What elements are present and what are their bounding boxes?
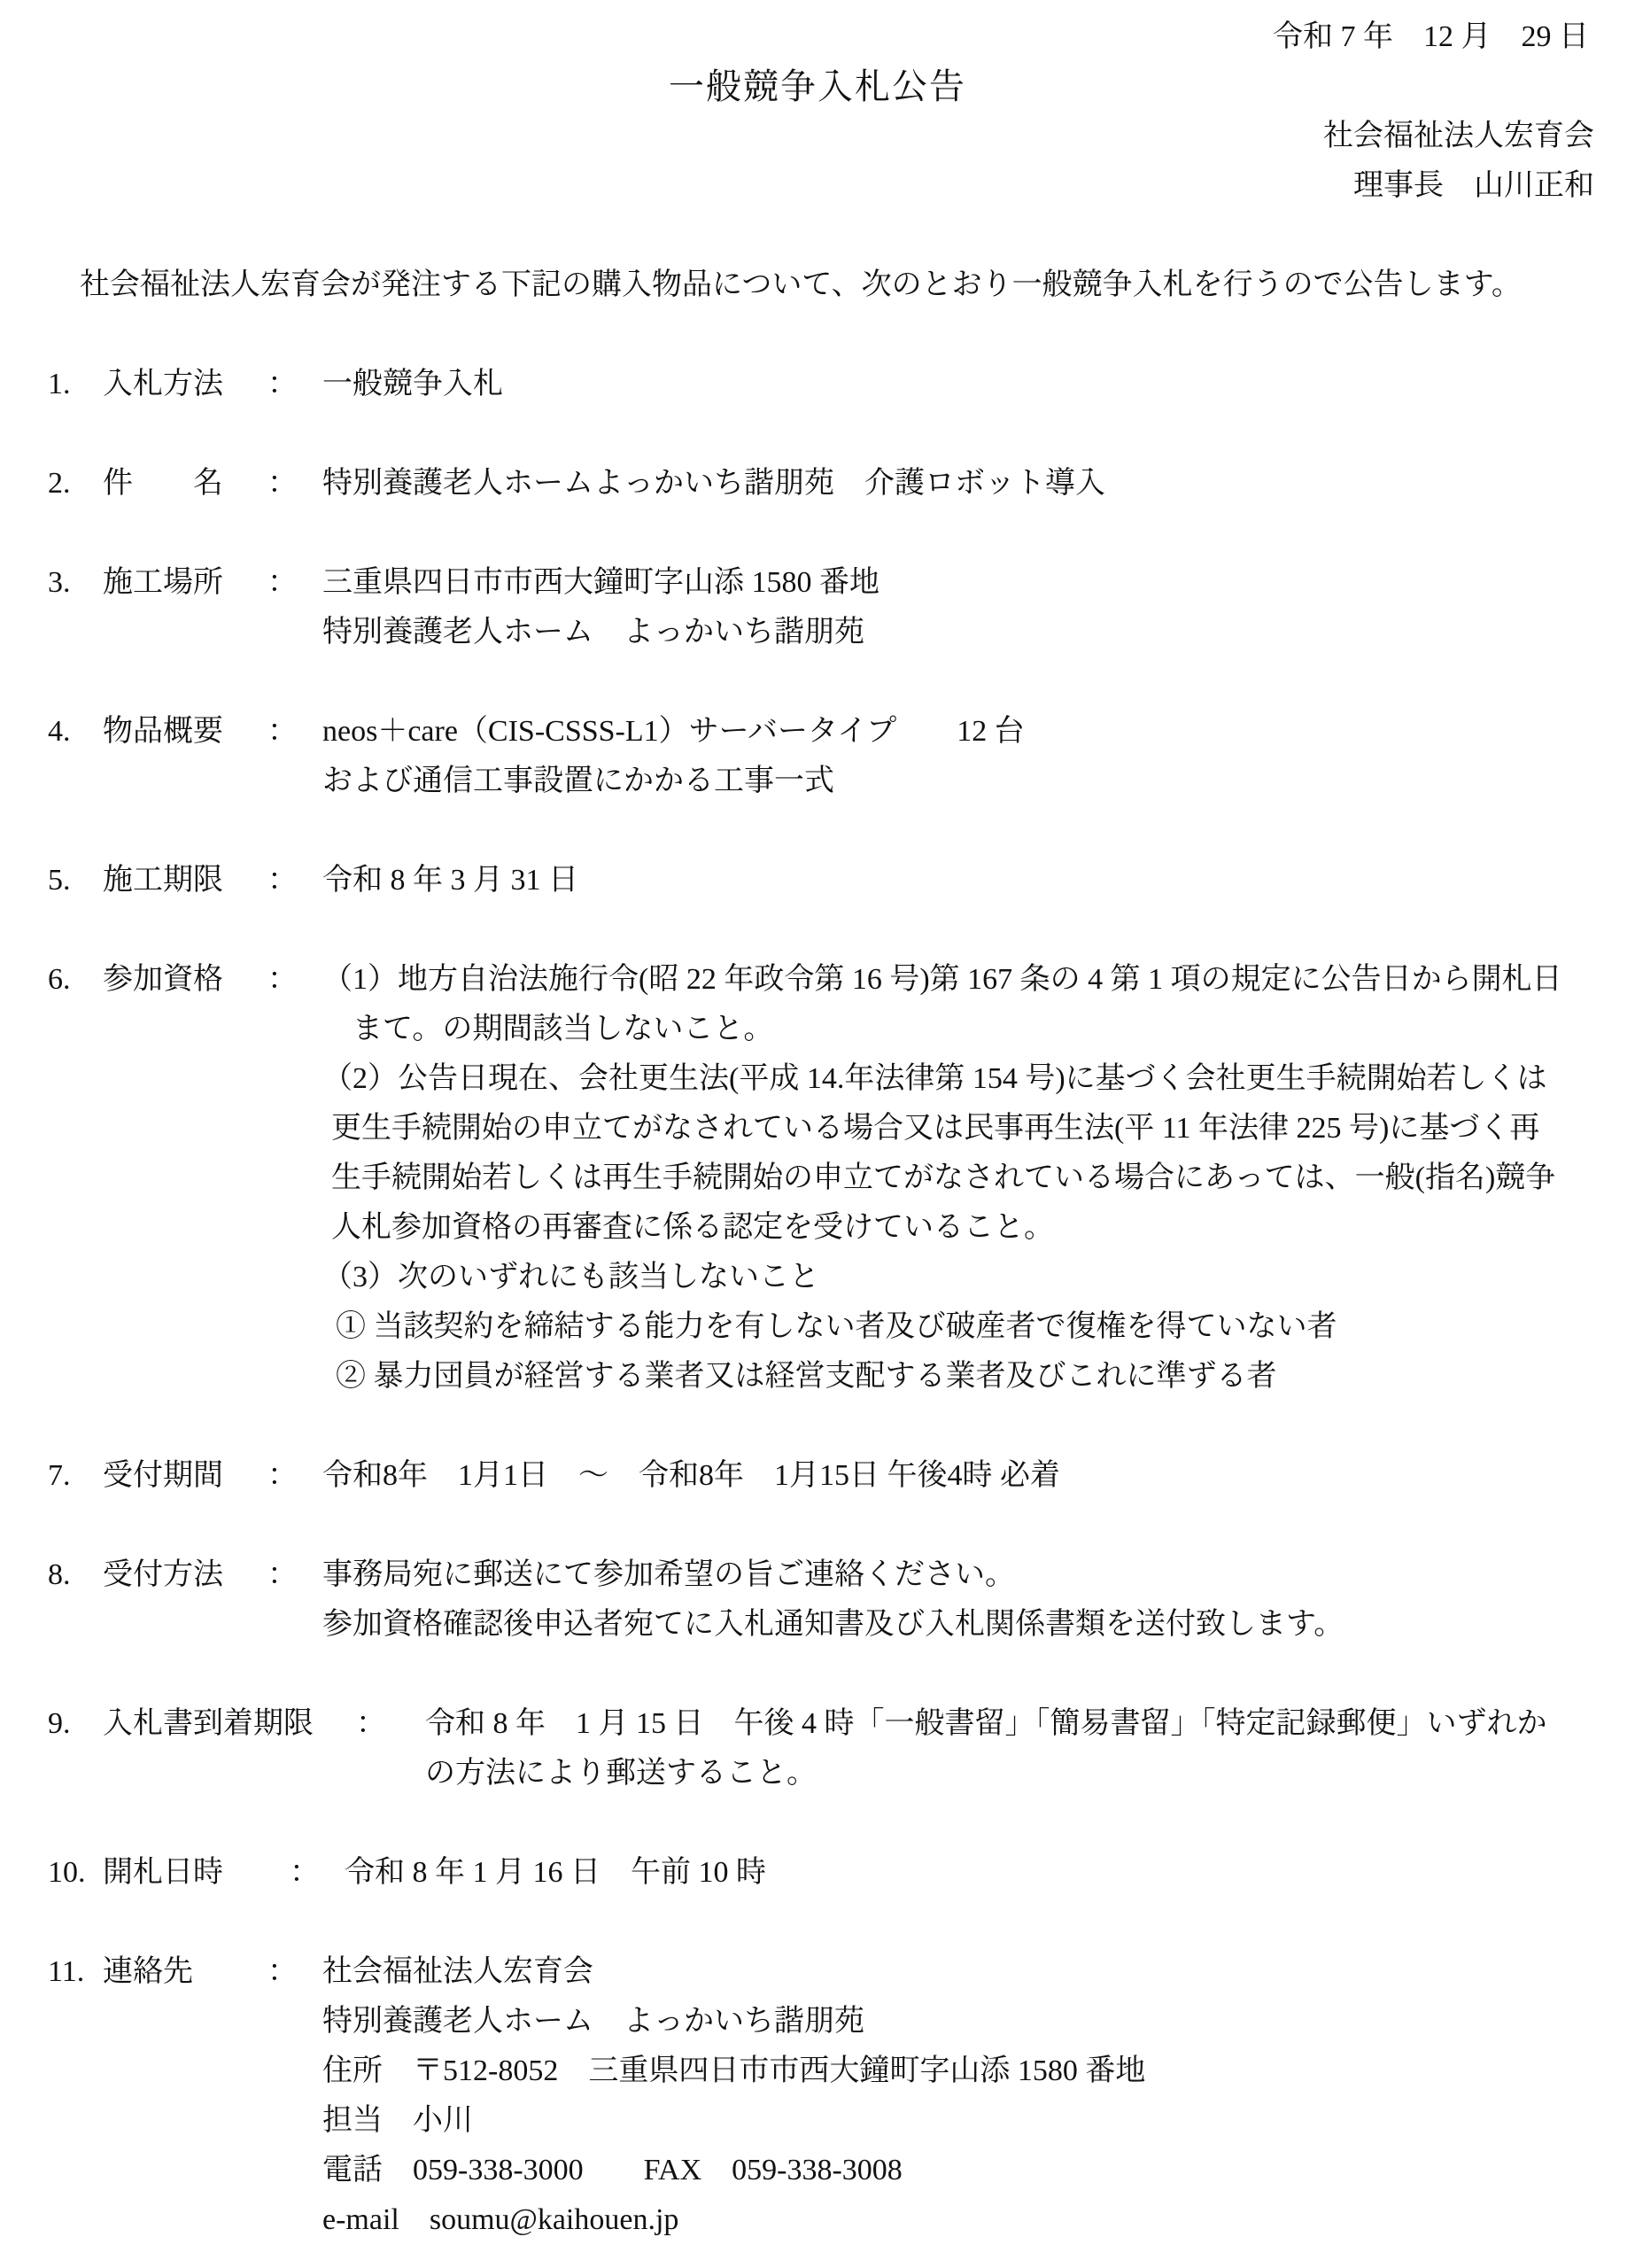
item-value: 令和 8 年 1 月 15 日 午後 4 時「一般書留」「簡易書留」「特定記録郵… (425, 1699, 1635, 1798)
item-value-line: 三重県四日市市西大鐘町字山添 1580 番地 (322, 558, 1635, 608)
item-number: 4. (48, 707, 103, 757)
item-bid-method: 1. 入札方法 ： 一般競争入札 (0, 360, 1635, 409)
item-value: 一般競争入札 (322, 360, 1635, 409)
item-label: 入札方法 (103, 360, 267, 409)
item-number: 8. (48, 1550, 103, 1600)
qualification-clause-2-cont: 人札参加資格の再審査に係る認定を受けていること。 (322, 1203, 1635, 1253)
item-value: 令和 8 年 1 月 16 日 午前 10 時 (345, 1848, 1635, 1898)
qualification-clause-2-cont: 更生手続開始の申立てがなされている場合又は民事再生法(平 11 年法律 225 … (322, 1104, 1635, 1153)
contact-phone-fax: 電話 059-338-3000 FAX 059-338-3008 (322, 2146, 1635, 2195)
item-project-name: 2. 件 名 ： 特別養護老人ホームよっかいち諧朋苑 介護ロボット導入 (0, 459, 1635, 509)
item-colon: ： (267, 459, 322, 509)
item-construction-site: 3. 施工場所 ： 三重県四日市市西大鐘町字山添 1580 番地 特別養護老人ホ… (0, 558, 1635, 657)
item-number: 10. (48, 1848, 103, 1898)
item-value-line: および通信工事設置にかかる工事一式 (322, 757, 1635, 806)
item-value: 特別養護老人ホームよっかいち諧朋苑 介護ロボット導入 (322, 459, 1635, 509)
item-label: 参加資格 (103, 955, 267, 1005)
item-colon: ： (290, 1848, 345, 1898)
item-label: 開札日時 (103, 1848, 290, 1898)
item-value-line: 特別養護老人ホームよっかいち諧朋苑 介護ロボット導入 (322, 459, 1635, 509)
qualification-clause-3: （3）次のいずれにも該当しないこと (322, 1253, 1635, 1302)
item-label: 物品概要 (103, 707, 267, 757)
item-label: 受付方法 (103, 1550, 267, 1600)
item-number: 7. (48, 1451, 103, 1501)
item-value-line: 特別養護老人ホーム よっかいち諧朋苑 (322, 608, 1635, 657)
item-colon: ： (267, 955, 322, 1005)
item-label: 連絡先 (103, 1947, 267, 1997)
item-colon: ： (356, 1699, 425, 1749)
item-label: 施工場所 (103, 558, 267, 608)
item-goods-summary: 4. 物品概要 ： neos＋care（CIS-CSSS-L1）サーバータイプ … (0, 707, 1635, 806)
contact-address: 住所 〒512-8052 三重県四日市市西大鐘町字山添 1580 番地 (322, 2047, 1635, 2096)
item-number: 6. (48, 955, 103, 1005)
item-acceptance-period: 7. 受付期間 ： 令和8年 1月1日 ～ 令和8年 1月15日 午後4時 必着 (0, 1451, 1635, 1501)
item-value: 三重県四日市市西大鐘町字山添 1580 番地 特別養護老人ホーム よっかいち諧朋… (322, 558, 1635, 657)
document-date: 令和 7 年 12 月 29 日 (0, 12, 1635, 62)
representative-name: 理事長 山川正和 (0, 161, 1635, 211)
item-number: 11. (48, 1947, 103, 1997)
page-title: 一般競争入札公告 (0, 62, 1635, 112)
qualification-clause-3-sub-2: ② 暴力団員が経営する業者又は経営支配する業者及びこれに準ずる者 (322, 1352, 1635, 1402)
item-number: 5. (48, 856, 103, 905)
contact-email: e-mail soumu@kaihouen.jp (322, 2195, 1635, 2245)
qualification-clause-1-cont: まて。の期間該当しないこと。 (322, 1005, 1635, 1054)
item-bid-opening: 10. 開札日時 ： 令和 8 年 1 月 16 日 午前 10 時 (0, 1848, 1635, 1898)
item-value-line: 一般競争入札 (322, 360, 1635, 409)
item-colon: ： (267, 856, 322, 905)
qualification-clause-2: （2）公告日現在、会社更生法(平成 14.年法律第 154 号)に基づく会社更生… (322, 1054, 1635, 1104)
item-contact: 11. 連絡先 ： 社会福祉法人宏育会 特別養護老人ホーム よっかいち諧朋苑 住… (0, 1947, 1635, 2245)
qualification-clause-1: （1）地方自治法施行令(昭 22 年政令第 16 号)第 167 条の 4 第 … (322, 955, 1635, 1005)
item-value-line: neos＋care（CIS-CSSS-L1）サーバータイプ 12 台 (322, 707, 1635, 757)
item-colon: ： (267, 1451, 322, 1501)
item-construction-deadline: 5. 施工期限 ： 令和 8 年 3 月 31 日 (0, 856, 1635, 905)
item-acceptance-method: 8. 受付方法 ： 事務局宛に郵送にて参加希望の旨ご連絡ください。 参加資格確認… (0, 1550, 1635, 1650)
bid-notice-document: 令和 7 年 12 月 29 日 一般競争入札公告 社会福祉法人宏育会 理事長 … (0, 0, 1635, 2245)
item-value-line: 令和 8 年 3 月 31 日 (322, 856, 1635, 905)
contact-facility: 特別養護老人ホーム よっかいち諧朋苑 (322, 1997, 1635, 2047)
organization-name: 社会福祉法人宏育会 (0, 112, 1635, 161)
contact-organization: 社会福祉法人宏育会 (322, 1947, 1635, 1997)
intro-paragraph: 社会福祉法人宏育会が発注する下記の購入物品について、次のとおり一般競争入札を行う… (0, 260, 1635, 310)
item-colon: ： (267, 1550, 322, 1600)
item-colon: ： (267, 1947, 322, 1997)
item-value: 令和 8 年 3 月 31 日 (322, 856, 1635, 905)
item-value: neos＋care（CIS-CSSS-L1）サーバータイプ 12 台 および通信… (322, 707, 1635, 806)
item-value-line: 令和 8 年 1 月 15 日 午後 4 時「一般書留」「簡易書留」「特定記録郵… (425, 1699, 1635, 1749)
item-number: 2. (48, 459, 103, 509)
item-label: 入札書到着期限 (103, 1699, 356, 1749)
qualification-clause-3-sub-1: ① 当該契約を締結する能力を有しない者及び破産者で復権を得ていない者 (322, 1302, 1635, 1352)
item-colon: ： (267, 707, 322, 757)
item-label: 件 名 (103, 459, 267, 509)
item-number: 1. (48, 360, 103, 409)
item-label: 施工期限 (103, 856, 267, 905)
item-label: 受付期間 (103, 1451, 267, 1501)
item-value: 事務局宛に郵送にて参加希望の旨ご連絡ください。 参加資格確認後申込者宛てに入札通… (322, 1550, 1635, 1650)
item-value-line: 令和8年 1月1日 ～ 令和8年 1月15日 午後4時 必着 (322, 1451, 1635, 1501)
item-value-line: 参加資格確認後申込者宛てに入札通知書及び入札関係書類を送付致します。 (322, 1600, 1635, 1650)
item-colon: ： (267, 558, 322, 608)
item-value: 社会福祉法人宏育会 特別養護老人ホーム よっかいち諧朋苑 住所 〒512-805… (322, 1947, 1635, 2245)
item-value-line: 令和 8 年 1 月 16 日 午前 10 時 (345, 1848, 1635, 1898)
item-value: 令和8年 1月1日 ～ 令和8年 1月15日 午後4時 必着 (322, 1451, 1635, 1501)
item-value: （1）地方自治法施行令(昭 22 年政令第 16 号)第 167 条の 4 第 … (322, 955, 1635, 1402)
item-bid-arrival-deadline: 9. 入札書到着期限 ： 令和 8 年 1 月 15 日 午後 4 時「一般書留… (0, 1699, 1635, 1798)
contact-person: 担当 小川 (322, 2096, 1635, 2146)
item-number: 9. (48, 1699, 103, 1749)
item-number: 3. (48, 558, 103, 608)
item-value-line: 事務局宛に郵送にて参加希望の旨ご連絡ください。 (322, 1550, 1635, 1600)
item-qualification: 6. 参加資格 ： （1）地方自治法施行令(昭 22 年政令第 16 号)第 1… (0, 955, 1635, 1402)
item-value-line: の方法により郵送すること。 (425, 1749, 1635, 1798)
item-colon: ： (267, 360, 322, 409)
qualification-clause-2-cont: 生手続開始若しくは再生手続開始の申立てがなされている場合にあっては、一般(指名)… (322, 1153, 1635, 1203)
